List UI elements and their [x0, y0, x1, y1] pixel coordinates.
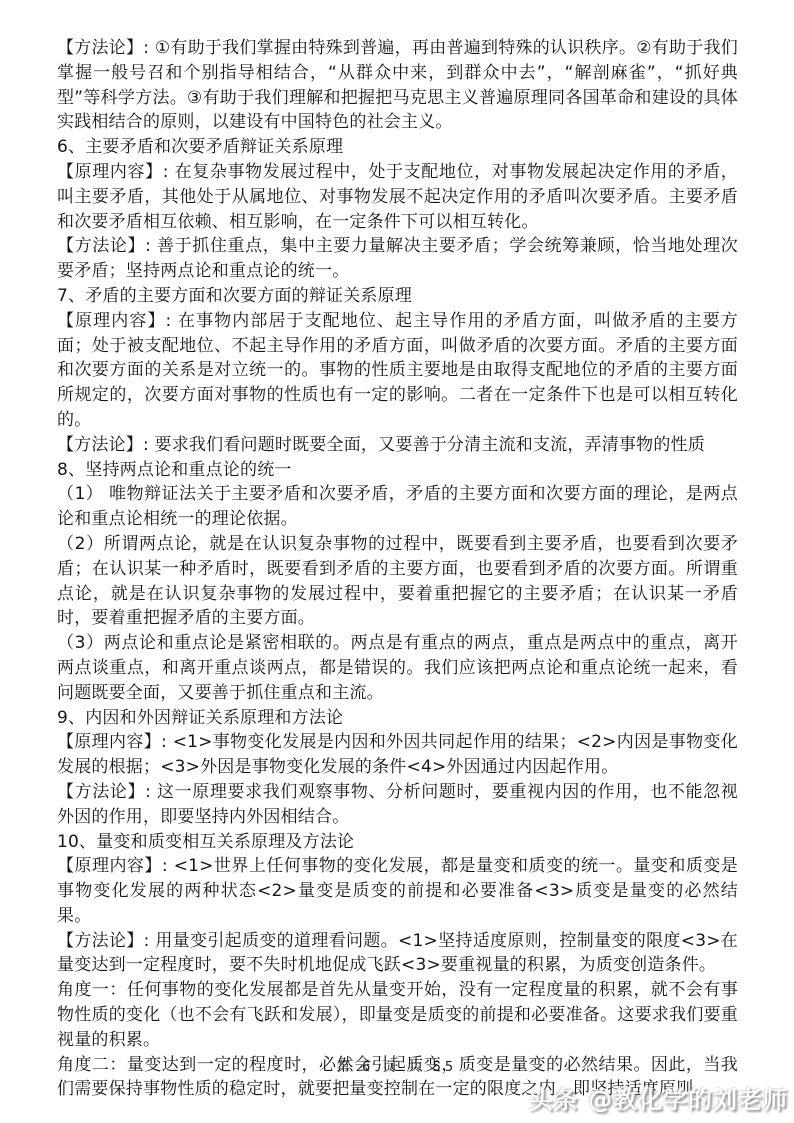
heading-section-7: 7、矛盾的主要方面和次要方面的辩证关系原理: [57, 284, 738, 309]
watermark-toutiao: 头条 @教化学的刘老师: [529, 1080, 788, 1115]
para-principle-9: 【原理内容】: <1>事物变化发展是内因和外因共同起作用的结果；<2>内因是事物…: [57, 730, 738, 780]
para-methodology-6: 【方法论】: 善于抓住重点，集中主要力量解决主要矛盾；学会统筹兼顾，恰当地处理次…: [57, 234, 738, 284]
para-principle-10: 【原理内容】: <1>世界上任何事物的变化发展，都是量变和质变的统一。量变和质变…: [57, 854, 738, 928]
para-point-2: （2）所谓两点论，就是在认识复杂事物的过程中，既要看到主要矛盾，也要看到次要矛盾…: [57, 532, 738, 631]
heading-section-6: 6、主要矛盾和次要矛盾辩证关系原理: [57, 135, 738, 160]
page-number-footer: 第 6 页 共 55: [0, 1056, 794, 1075]
para-point-1: （1） 唯物辩证法关于主要矛盾和次要矛盾，矛盾的主要方面和次要方面的理论，是两点…: [57, 482, 738, 532]
heading-section-9: 9、内因和外因辩证关系原理和方法论: [57, 706, 738, 731]
para-point-3: （3）两点论和重点论是紧密相联的。两点是有重点的两点，重点是两点中的重点，离开两…: [57, 631, 738, 705]
para-principle-7: 【原理内容】: 在事物内部居于支配地位、起主导作用的矛盾方面，叫做矛盾的主要方面…: [57, 309, 738, 433]
para-angle-1: 角度一：任何事物的变化发展都是首先从量变开始，没有一定程度量的积累，就不会有事物…: [57, 978, 738, 1052]
heading-section-10: 10、量变和质变相互关系原理及方法论: [57, 830, 738, 855]
para-methodology-prev-section: 【方法论】: ①有助于我们掌握由特殊到普遍，再由普遍到特殊的认识秩序。②有助于我…: [57, 36, 738, 135]
para-methodology-7: 【方法论】: 要求我们看问题时既要全面，又要善于分清主流和支流，弄清事物的性质: [57, 433, 738, 458]
document-page: 【方法论】: ①有助于我们掌握由特殊到普遍，再由普遍到特殊的认识秩序。②有助于我…: [0, 0, 794, 1123]
para-principle-6: 【原理内容】: 在复杂事物发展过程中，处于支配地位，对事物发展起决定作用的矛盾，…: [57, 160, 738, 234]
document-body: 【方法论】: ①有助于我们掌握由特殊到普遍，再由普遍到特殊的认识秩序。②有助于我…: [57, 36, 738, 1102]
para-methodology-10: 【方法论】: 用量变引起质变的道理看问题。<1>坚持适度原则，控制量变的限度<3…: [57, 929, 738, 979]
para-methodology-9: 【方法论】: 这一原理要求我们观察事物、分析问题时，要重视内因的作用，也不能忽视…: [57, 780, 738, 830]
heading-section-8: 8、坚持两点论和重点论的统一: [57, 458, 738, 483]
